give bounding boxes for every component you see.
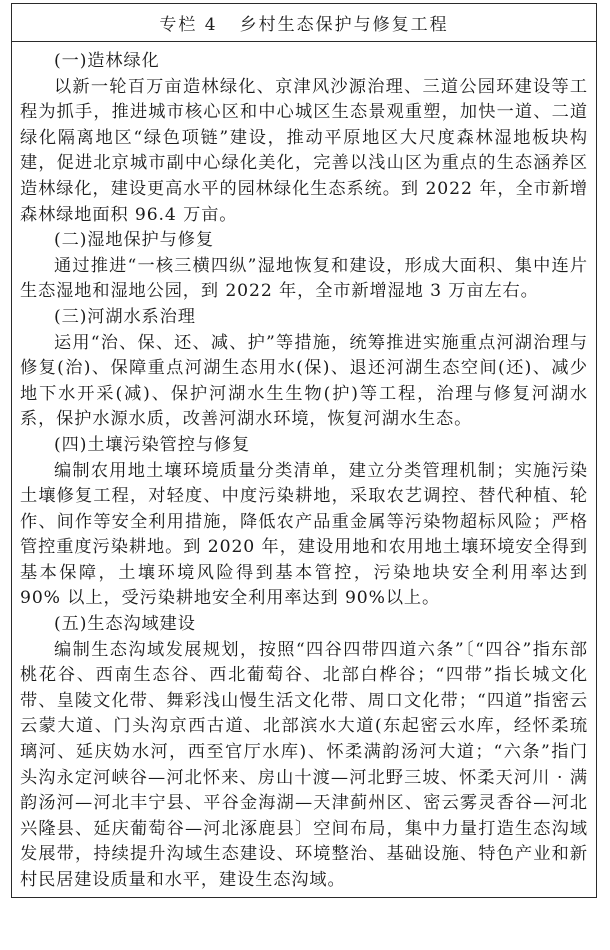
section-text-4: 编制农用地土壤环境质量分类清单，建立分类管理机制；实施污染土壤修复工程，对轻度、… <box>20 459 588 613</box>
section-heading-2: (二)湿地保护与修复 <box>20 228 588 254</box>
box-number: 专栏 4 <box>159 10 217 35</box>
section-text-1: 以新一轮百万亩造林绿化、京津风沙源治理、三道公园环建设等工程为抓手，推进城市核心… <box>20 75 588 229</box>
box-title: 乡村生态保护与修复工程 <box>240 10 449 35</box>
box-header: 专栏 4 乡村生态保护与修复工程 <box>12 4 596 42</box>
section-heading-3: (三)河湖水系治理 <box>20 305 588 331</box>
section-heading-4: (四)土壤污染管控与修复 <box>20 433 588 459</box>
section-heading-5: (五)生态沟域建设 <box>20 612 588 638</box>
section-heading-1: (一)造林绿化 <box>20 49 588 75</box>
section-text-2: 通过推进“一核三横四纵”湿地恢复和建设，形成大面积、集中连片生态湿地和湿地公园，… <box>20 254 588 305</box>
feature-box: 专栏 4 乡村生态保护与修复工程 (一)造林绿化 以新一轮百万亩造林绿化、京津风… <box>11 3 597 898</box>
box-body: (一)造林绿化 以新一轮百万亩造林绿化、京津风沙源治理、三道公园环建设等工程为抓… <box>12 42 596 894</box>
section-text-3: 运用“治、保、还、减、护”等措施，统筹推进实施重点河湖治理与修复(治)、保障重点… <box>20 331 588 433</box>
section-text-5: 编制生态沟域发展规划，按照“四谷四带四道六条”〔“四谷”指东部桃花谷、西南生态谷… <box>20 638 588 894</box>
